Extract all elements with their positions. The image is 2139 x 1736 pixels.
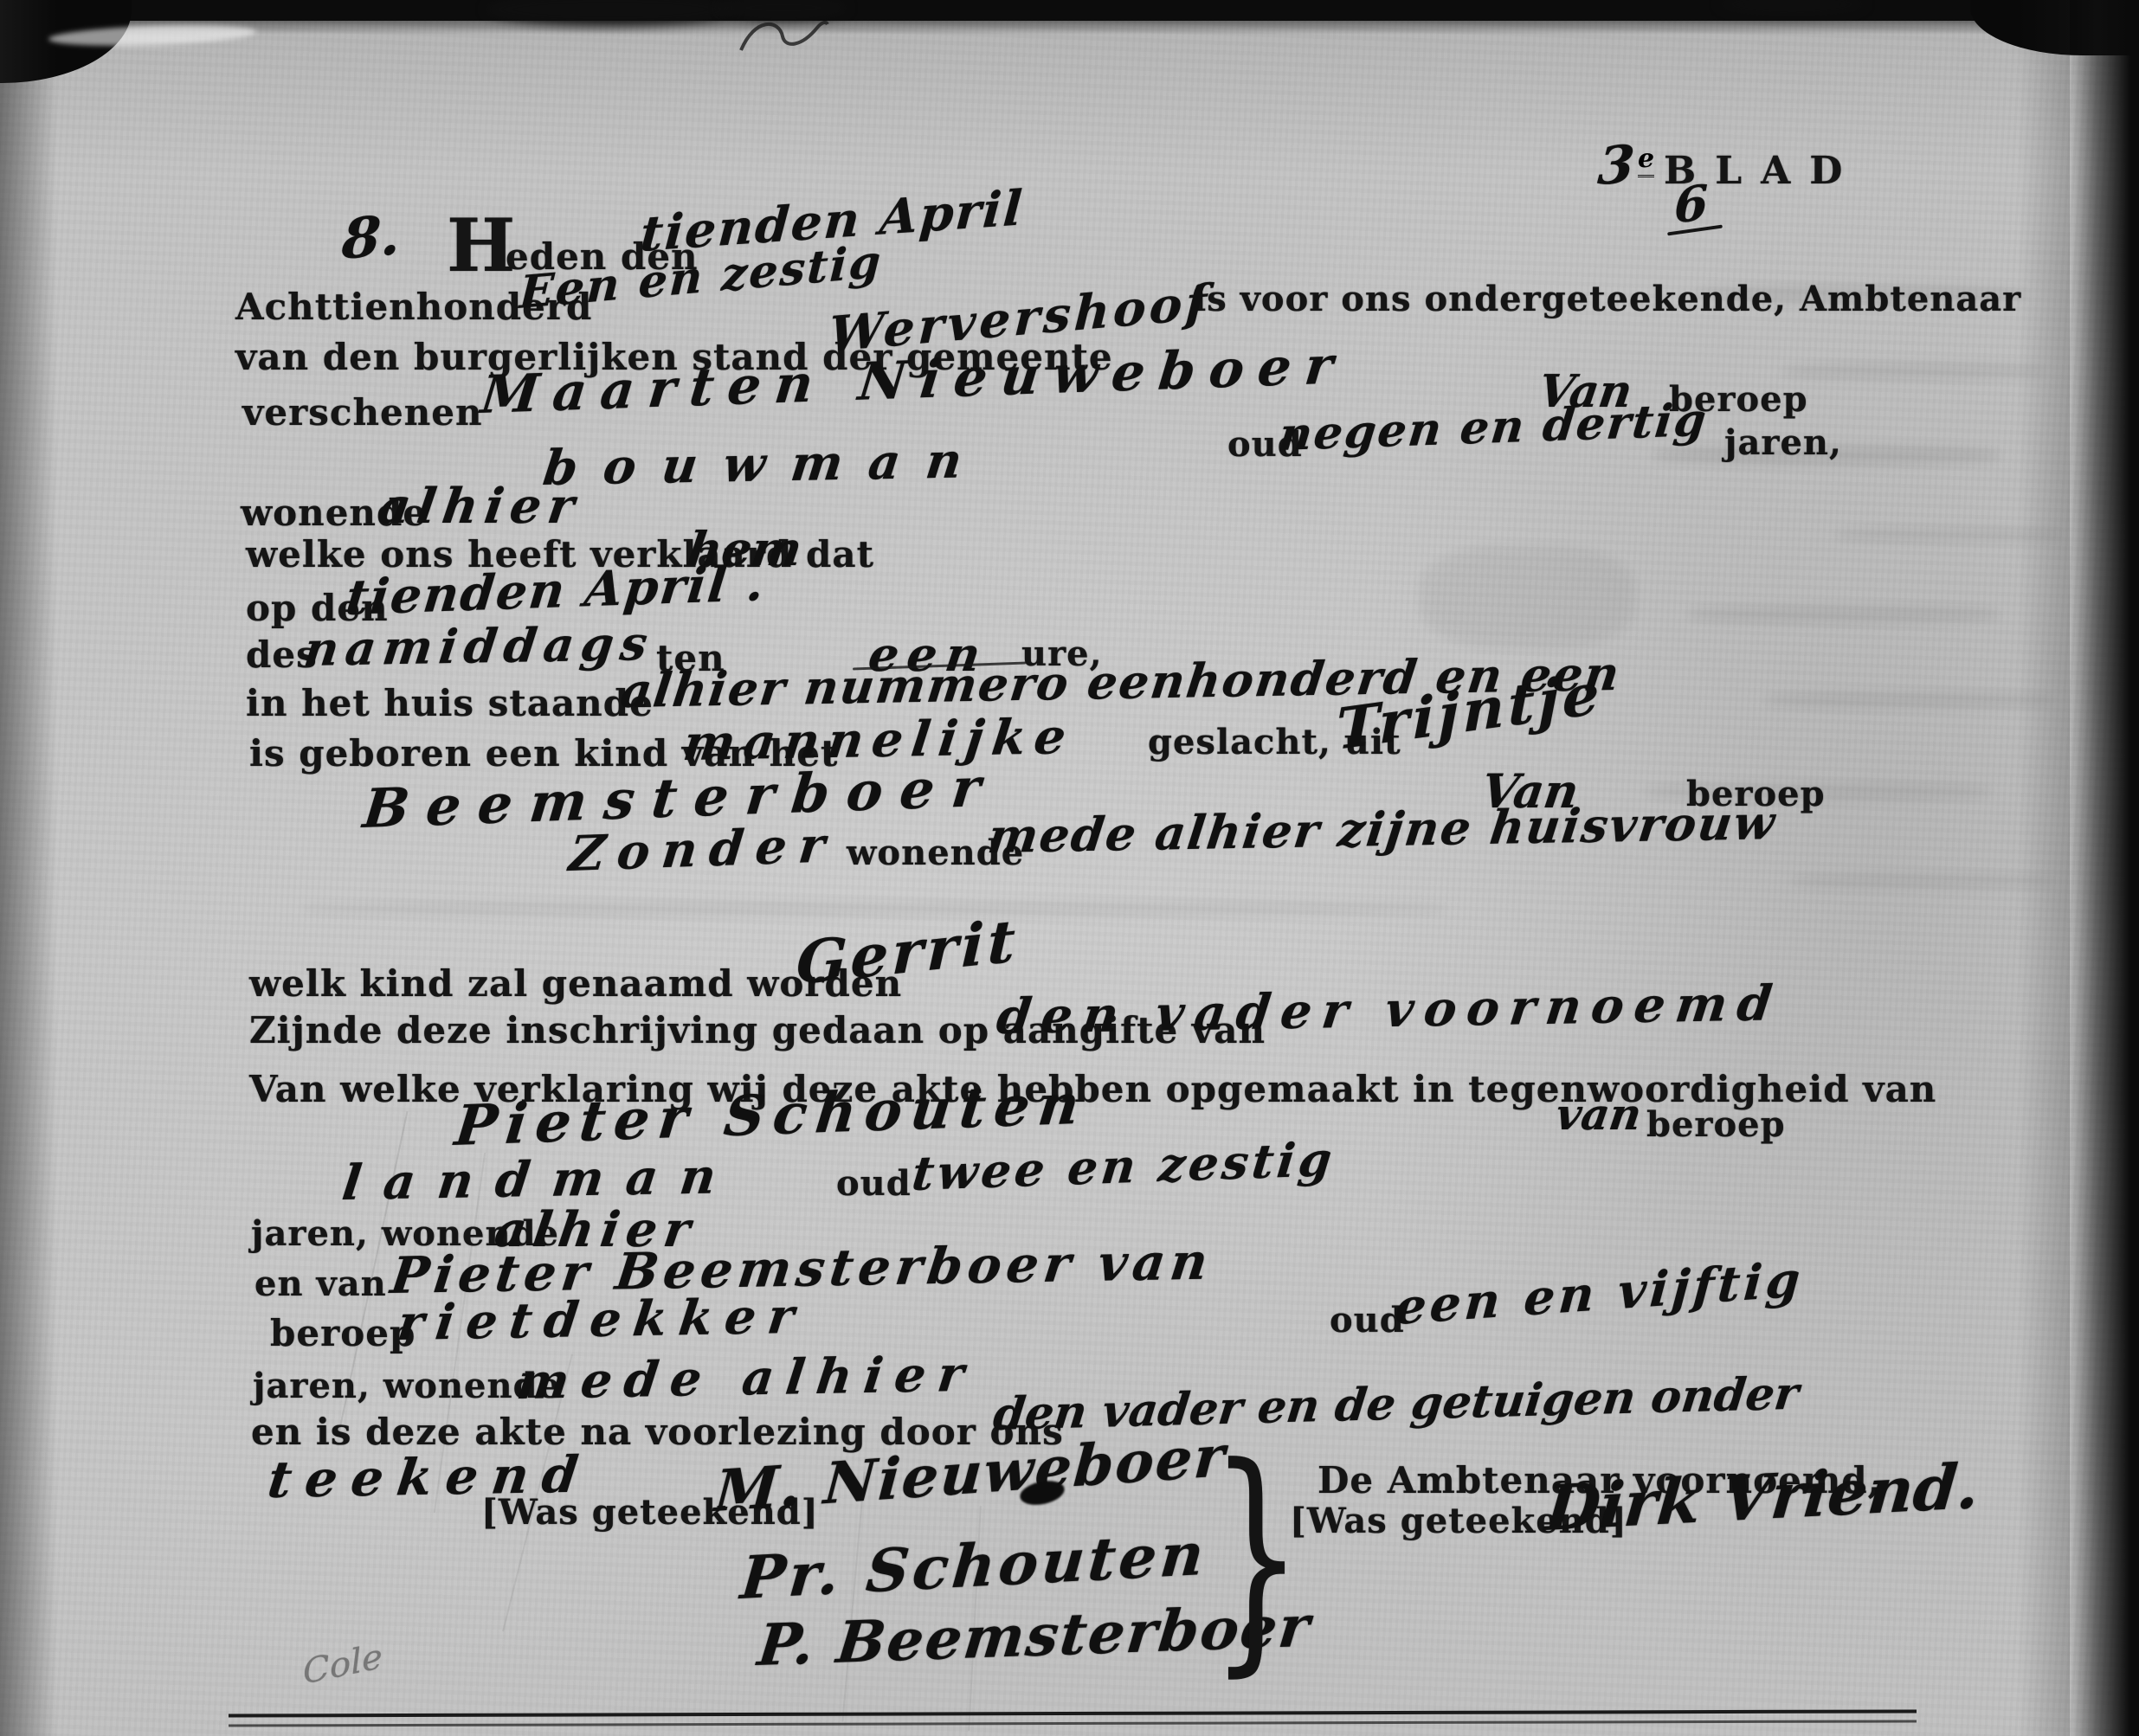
bleedthrough-smudge: [1645, 783, 1991, 800]
entry-father-residence: alhier: [375, 478, 584, 535]
entry-father-age: negen en dertig: [1277, 394, 1711, 461]
blad-annotation: 6: [1674, 174, 1708, 235]
pencil-note: Cole: [301, 1637, 383, 1693]
entry-mother-residence: mede alhier zijne huisvrouw: [985, 794, 1779, 864]
entry-time-of-day: namiddags: [301, 615, 657, 677]
bleedthrough-smudge: [1697, 286, 2026, 303]
erased-line-smudge: [303, 902, 1446, 916]
blad-number: 3: [1596, 134, 1637, 197]
act-number: 8.: [340, 203, 402, 273]
bottom-rule-1: [229, 1709, 1917, 1717]
scan-top-edge-fade: [0, 21, 2139, 35]
scanned-birth-record-page: 8. H eden den tienden April 3 e BLAD 6 A…: [0, 0, 2139, 1736]
form-verschenen: verschenen: [242, 391, 483, 434]
scan-right-edge-fade: [2018, 0, 2070, 1736]
bleedthrough-smudge: [1766, 692, 2052, 708]
entry-witness1-age: twee en zestig: [910, 1131, 1338, 1201]
form-beroep-3: beroep: [1646, 1104, 1786, 1145]
entry-witness2-residence: mede alhier: [514, 1346, 979, 1411]
entry-witness2-age: een en vijftig: [1394, 1251, 1806, 1335]
bleedthrough-smudge: [1783, 363, 2043, 379]
entry-father-occupation: bouwman: [540, 432, 991, 497]
scan-right-edge: [2068, 0, 2139, 1736]
bottom-rule-2: [229, 1720, 1917, 1726]
ink-flourish: [736, 12, 831, 61]
entry-van-3: van: [1553, 1089, 1645, 1140]
entry-mother-occupation: Zonder: [567, 816, 841, 883]
bleedthrough-smudge: [1688, 606, 2000, 623]
bleedthrough-smudge: [1420, 545, 1636, 649]
blad-suffix: e: [1638, 144, 1654, 177]
form-beroep-4: beroep: [270, 1312, 416, 1354]
signature-brace: }: [1210, 1430, 1303, 1684]
book-gutter-shadow: [0, 0, 57, 1736]
entry-declarant: den vader voornoemd: [994, 974, 1786, 1045]
bleedthrough-smudge: [1792, 874, 2052, 888]
form-huis: in het huis staande: [246, 682, 654, 724]
bleedthrough-smudge: [1835, 528, 2060, 542]
entry-child-name: Gerrit: [796, 907, 1020, 999]
bleedthrough-smudge: [1653, 446, 2000, 465]
form-oud-2: oud: [836, 1163, 912, 1204]
